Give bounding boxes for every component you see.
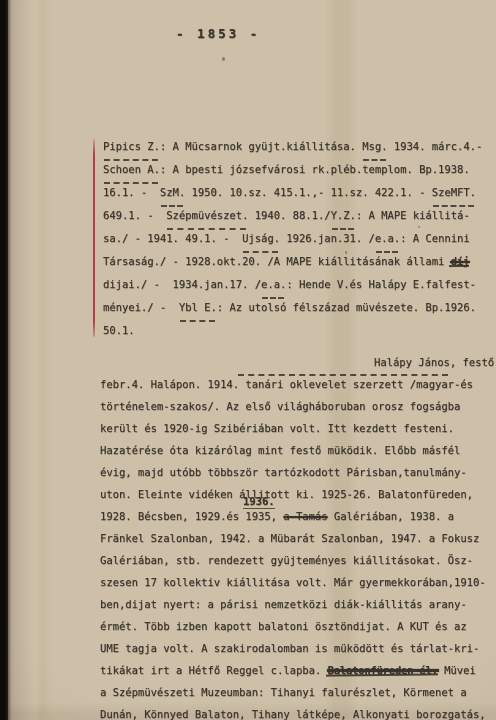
text-run: sa./ - 1941. 49.1. - xyxy=(103,233,242,245)
text-line: történelem-szakos/. Az első világháborub… xyxy=(100,396,496,418)
text-line: Fränkel Szalonban, 1942. a Mübarát Szalo… xyxy=(100,528,496,550)
text-line: Dunán, Könnyed Balaton, Tihany látképe, … xyxy=(100,704,496,720)
text-line: szesen 17 kollektiv kiállitása volt. Már… xyxy=(100,572,496,594)
text-run: Hazatérése óta kizárólag mint festő mükö… xyxy=(100,445,460,457)
text-line: került és 1920-ig Szibériában volt. Itt … xyxy=(100,418,496,440)
text-run: uton. Eleinte vidéken állitott ki. 1925-… xyxy=(100,489,473,501)
scan-speck xyxy=(222,57,225,61)
text-run: ményei./ - xyxy=(103,302,179,314)
text-run: történelem-szakos/. Az első világháborub… xyxy=(100,401,460,413)
text-run: Társaság./ - 1928.okt.20. /A MAPE kiálli… xyxy=(103,256,451,268)
text-line: UME tagja volt. A szakirodalomban is mük… xyxy=(100,638,496,660)
underlined-text: Halápy János xyxy=(237,352,450,374)
text-run: 1934. márc.4.- xyxy=(388,141,483,153)
underlined-text: Pipics Z. xyxy=(103,136,160,159)
text-line: Hazatérése óta kizárólag mint festő mükö… xyxy=(100,440,496,462)
text-run: 649.1. - xyxy=(103,210,166,222)
text-line: sa./ - 1941. 49.1. - Ujság. 1926.jan.31.… xyxy=(103,228,495,251)
underlined-text: Y.Z. xyxy=(331,205,356,228)
margin-red-line xyxy=(93,139,95,337)
text-run: a Szépmüvészeti Muzeumban: Tihanyi falur… xyxy=(100,687,467,699)
text-run: 1928. Bécsben, 1929.és 1935, xyxy=(100,511,283,523)
text-run: szesen 17 kollektiv kiállitása volt. Már… xyxy=(100,577,486,589)
underlined-text: Ujság. xyxy=(242,228,280,251)
struck-out-text: díj xyxy=(451,251,469,274)
underlined-text: SzM. xyxy=(160,182,185,205)
text-line: Galériában, stb. rendezett gyüjteményes … xyxy=(100,550,496,572)
text-line: Halápy János, festő,grafikus ; sz.1893 xyxy=(100,352,496,374)
text-run: : A Mücsarnok gyüjt.kiállitása. xyxy=(160,141,362,153)
underlined-text: e.a. xyxy=(375,228,400,251)
text-run: 1926.jan.31. / xyxy=(280,233,375,245)
text-run: érmét. Több izben kapott balatoni ösztön… xyxy=(100,621,467,633)
text-line: dijai./ - 1934.jan.17. /e.a.: Hende V.és… xyxy=(103,274,495,297)
text-run: Müvei xyxy=(438,665,476,677)
text-run: tikákat irt a Hétfő Reggel c.lapba. xyxy=(100,665,328,677)
struck-out-text: Balatonfüreden él. xyxy=(328,660,438,682)
text-line: a Szépmüvészeti Muzeumban: Tihanyi falur… xyxy=(100,682,496,704)
underlined-text: Szépmüvészet. xyxy=(166,205,248,228)
text-line: Schoen A.: A bpesti józsefvárosi rk.pléb… xyxy=(103,159,495,182)
underlined-text: Msg. xyxy=(362,136,387,159)
text-line: évig, majd utóbb többször tartózkodott P… xyxy=(100,462,496,484)
inserted-year-correction: 1936. xyxy=(243,497,275,509)
text-run: , festő,grafikus ; sz.1893 xyxy=(450,357,496,369)
text-run: : A bpesti józsefvárosi rk.pléb.templom.… xyxy=(160,164,470,176)
text-run: Dunán, Könnyed Balaton, Tihany látképe, … xyxy=(100,709,486,720)
text-line: Pipics Z.: A Mücsarnok gyüjt.kiállitása.… xyxy=(103,136,495,159)
text-run: : Az utolsó félszázad müvészete. Bp.1926… xyxy=(217,302,476,314)
underlined-text: SzeMFT. xyxy=(432,182,476,205)
text-run: UME tagja volt. A szakirodalomban is mük… xyxy=(100,643,479,655)
text-run: 1940. 88.1./ xyxy=(248,210,330,222)
text-run: 16.1. - xyxy=(103,187,160,199)
underlined-text: e.a. xyxy=(261,274,286,297)
text-line: érmét. Több izben kapott balatoni ösztön… xyxy=(100,616,496,638)
page-number: - 1853 - xyxy=(176,26,260,41)
text-run: 1950. 10.sz. 415.1.,- 11.sz. 422.1. - xyxy=(185,187,432,199)
underlined-text: Schoen A. xyxy=(103,159,160,182)
text-run: Galériában, stb. rendezett gyüjteményes … xyxy=(100,555,473,567)
scan-edge xyxy=(0,0,11,720)
biography-paragraph: Halápy János, festő,grafikus ; sz.1893fe… xyxy=(100,352,496,720)
text-run: : A MAPE kiállitá- xyxy=(356,210,470,222)
text-run: évig, majd utóbb többször tartózkodott P… xyxy=(100,467,467,479)
text-run: : A Cennini xyxy=(400,233,470,245)
text-line: ményei./ - Ybl E.: Az utolsó félszázad m… xyxy=(103,297,495,320)
text-line: Társaság./ - 1928.okt.20. /A MAPE kiálli… xyxy=(103,251,495,274)
text-run: febr.4. Halápon. 1914. tanári oklevelet … xyxy=(100,379,473,391)
text-line: ben,dijat nyert: a párisi nemzetközi diá… xyxy=(100,594,496,616)
text-line: 16.1. - SzM. 1950. 10.sz. 415.1.,- 11.sz… xyxy=(103,182,495,205)
struck-out-text: a Tamás xyxy=(283,511,327,523)
text-run: : Hende V.és Halápy E.falfest- xyxy=(286,279,476,291)
text-line: 649.1. - Szépmüvészet. 1940. 88.1./Y.Z.:… xyxy=(103,205,495,228)
text-line: uton. Eleinte vidéken állitott ki. 1925-… xyxy=(100,484,496,506)
text-run: Galériában, 1938. a xyxy=(328,511,454,523)
text-run: Fränkel Szalonban, 1942. a Mübarát Szalo… xyxy=(100,533,479,545)
bibliography-paragraph: Pipics Z.: A Mücsarnok gyüjt.kiállitása.… xyxy=(103,136,495,343)
text-run: került és 1920-ig Szibériában volt. Itt … xyxy=(100,423,454,435)
text-line: febr.4. Halápon. 1914. tanári oklevelet … xyxy=(100,374,496,396)
document-page: - 1853 - Pipics Z.: A Mücsarnok gyüjt.ki… xyxy=(0,0,496,720)
text-run: ben,dijat nyert: a párisi nemzetközi diá… xyxy=(100,599,467,611)
text-line: 50.1. xyxy=(103,320,495,343)
text-line: tikákat irt a Hétfő Reggel c.lapba. Bala… xyxy=(100,660,496,682)
text-run: dijai./ - 1934.jan.17. / xyxy=(103,279,261,291)
text-line: 1928. Bécsben, 1929.és 1935, a Tamás Gal… xyxy=(100,506,496,528)
underlined-text: Ybl E. xyxy=(179,297,217,320)
text-run: 50.1. xyxy=(103,325,135,337)
